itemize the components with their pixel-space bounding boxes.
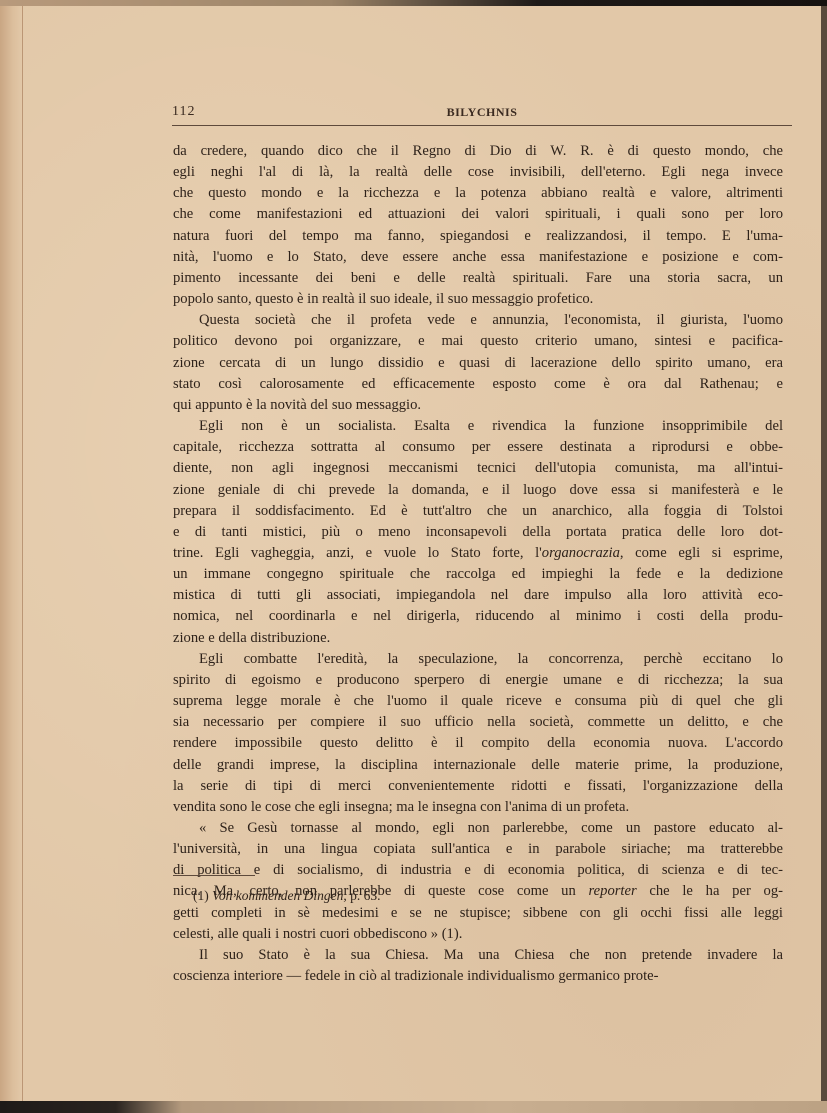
footnote: (1) Von kommenden Dingen, p. 63. xyxy=(193,888,380,904)
page-gutter-fold xyxy=(0,6,23,1106)
text-line: mistica di tutti gli associati, impiegan… xyxy=(173,585,783,606)
paragraph: Questa società che il profeta vede e ann… xyxy=(173,310,783,416)
running-title: BILYCHNIS xyxy=(172,105,792,120)
text-line: delle grandi imprese, la disciplina inte… xyxy=(173,755,783,776)
text-line: « Se Gesù tornasse al mondo, egli non pa… xyxy=(173,818,783,839)
text-line: getti completi in sè medesimi e se ne st… xyxy=(173,903,783,924)
footnote-marker: (1) xyxy=(193,888,209,903)
text-line: un immane congegno spirituale che raccol… xyxy=(173,564,783,585)
body-text: da credere, quando dico che il Regno di … xyxy=(173,141,783,987)
text-line: di politica e di socialismo, di industri… xyxy=(173,860,783,881)
text-line: pimento incessante dei beni e delle real… xyxy=(173,268,783,289)
text-line: Questa società che il profeta vede e ann… xyxy=(173,310,783,331)
text-line: diente, non agli ingegnosi meccanismi te… xyxy=(173,458,783,479)
scan-bottom-edge xyxy=(0,1101,827,1113)
text-line: celesti, alle quali i nostri cuori obbed… xyxy=(173,924,783,945)
text-line: e di tanti mistici, più o meno inconsape… xyxy=(173,522,783,543)
text-line: egli neghi l'al di là, la realtà delle c… xyxy=(173,162,783,183)
text-line: coscienza interiore — fedele in ciò al t… xyxy=(173,966,783,987)
text-line: natura fuori del tempo ma fanno, spiegan… xyxy=(173,226,783,247)
footnote-rest: , p. 63. xyxy=(343,888,380,903)
text-line: Il suo Stato è la sua Chiesa. Ma una Chi… xyxy=(173,945,783,966)
paragraph: da credere, quando dico che il Regno di … xyxy=(173,141,783,310)
text-line: zione cercata di un lungo dissidio e qua… xyxy=(173,353,783,374)
text-line: zione geniale di chi prevede la domanda,… xyxy=(173,480,783,501)
text-line: che come manifestazioni ed attuazioni de… xyxy=(173,204,783,225)
text-line: qui appunto è la novità del suo messaggi… xyxy=(173,395,783,416)
text-line: l'università, in una lingua copiata sull… xyxy=(173,839,783,860)
text-line: la serie di tipi di merci convenientemen… xyxy=(173,776,783,797)
footnote-rule xyxy=(173,875,255,876)
text-line: zione e della distribuzione. xyxy=(173,628,783,649)
text-line: Egli non è un socialista. Esalta e riven… xyxy=(173,416,783,437)
paragraph: « Se Gesù tornasse al mondo, egli non pa… xyxy=(173,818,783,945)
text-line: sia necessario per compiere il suo uffic… xyxy=(173,712,783,733)
text-line: nità, l'uomo e lo Stato, deve essere anc… xyxy=(173,247,783,268)
paragraph: Egli non è un socialista. Esalta e riven… xyxy=(173,416,783,649)
running-header: 112 BILYCHNIS xyxy=(172,104,792,126)
paragraph: Il suo Stato è la sua Chiesa. Ma una Chi… xyxy=(173,945,783,987)
header-rule xyxy=(172,125,792,126)
text-line: stato così calorosamente ed efficacement… xyxy=(173,374,783,395)
footnote-title: Von kommenden Dingen xyxy=(212,888,343,903)
text-line: trine. Egli vagheggia, anzi, e vuole lo … xyxy=(173,543,783,564)
text-line: politico devono poi organizzare, e mai q… xyxy=(173,331,783,352)
paragraph: Egli combatte l'eredità, la speculazione… xyxy=(173,649,783,818)
text-line: nomica, nel coordinarla e nel dirigerla,… xyxy=(173,606,783,627)
text-line: popolo santo, questo è in realtà il suo … xyxy=(173,289,783,310)
text-line: suprema legge morale è che l'uomo il qua… xyxy=(173,691,783,712)
text-line: che questo mondo e la ricchezza e la pot… xyxy=(173,183,783,204)
text-line: prepara il soddisfacimento. Ed è tutt'al… xyxy=(173,501,783,522)
text-line: spirito di egoismo e producono sperpero … xyxy=(173,670,783,691)
text-line: Egli combatte l'eredità, la speculazione… xyxy=(173,649,783,670)
text-line: rendere impossibile questo delitto è il … xyxy=(173,733,783,754)
scan-right-edge xyxy=(821,6,827,1106)
text-line: capitale, ricchezza sottratta al consumo… xyxy=(173,437,783,458)
text-line: da credere, quando dico che il Regno di … xyxy=(173,141,783,162)
text-line: vendita sono le cose che egli insegna; m… xyxy=(173,797,783,818)
